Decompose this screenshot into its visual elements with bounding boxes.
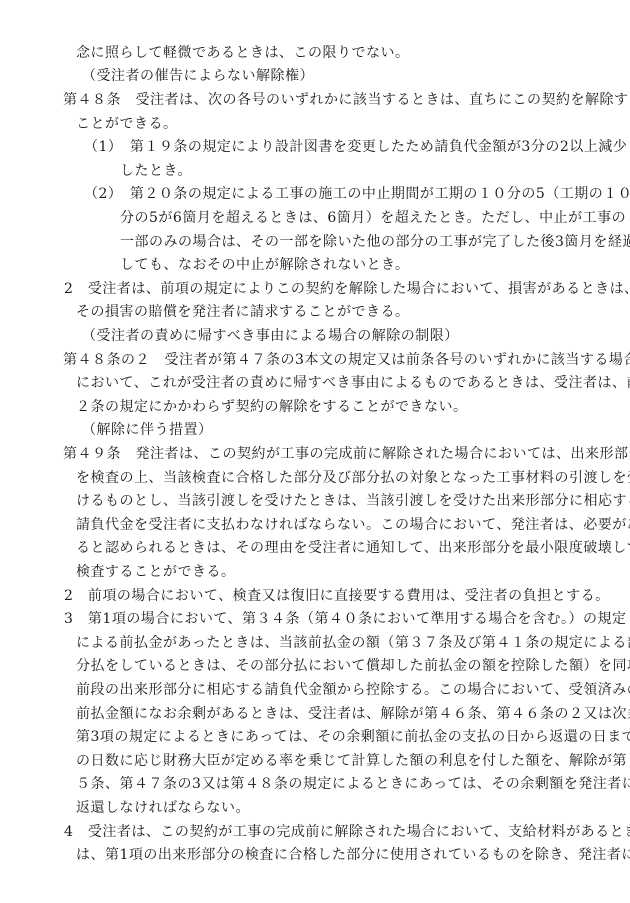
section-heading: （解除に伴う措置） [82, 419, 213, 441]
paragraph-2: 2 受注者は、前項の規定によりこの契約を解除した場合において、損害があるときは、 [64, 278, 630, 300]
section-heading: （受注者の催告によらない解除権） [82, 65, 314, 87]
article-48-2-start: 第４８条の２ 受注者が第４７条の3本文の規定又は前条各号のいずれかに該当する場合 [63, 349, 630, 371]
text-line: しても、なおその中止が解除されないとき。 [120, 254, 409, 276]
section-heading: （受注者の責めに帰すべき事由による場合の解除の制限） [82, 325, 459, 347]
paragraph-2: 2 前項の場合において、検査又は復旧に直接要する費用は、受注者の負担とする。 [64, 585, 610, 607]
text-line: の日数に応じ財務大臣が定める率を乗じて計算した額の利息を付した額を、解除が第４ [76, 750, 630, 772]
text-line: 請負代金を受注者に支払わなければならない。この場合において、発注者は、必要があ [76, 514, 630, 536]
text-line: 前段の出来形部分に相応する請負代金額から控除する。この場合において、受領済みの [76, 679, 630, 701]
item-1: （1） 第１９条の規定により設計図書を変更したため請負代金額が3分の2以上減少 [84, 136, 627, 158]
text-line: したとき。 [120, 160, 192, 182]
text-line: 一部のみの場合は、その一部を除いた他の部分の工事が完了した後3箇月を経過 [120, 231, 630, 253]
text-line: を検査の上、当該検査に合格した部分及び部分払の対象となった工事材料の引渡しを受 [76, 467, 630, 489]
text-line: その損害の賠償を発注者に請求することができる。 [76, 301, 410, 323]
paragraph-4: 4 受注者は、この契約が工事の完成前に解除された場合において、支給材料があるとき [64, 821, 630, 843]
text-line: ２条の規定にかかわらず契約の解除をすることができない。 [76, 396, 468, 418]
text-line: において、これが受注者の責めに帰すべき事由によるものであるときは、受注者は、前 [76, 372, 630, 394]
paragraph-3: 3 第1項の場合において、第３４条（第４０条において準用する場合を含む。）の規定 [64, 608, 627, 630]
text-line: 第3項の規定によるときにあっては、その余剰額に前払金の支払の日から返還の日まで [76, 726, 630, 748]
text-line: 返還しなければならない。 [76, 797, 250, 819]
text-line: 念に照らして軽微であるときは、この限りでない。 [76, 42, 410, 64]
text-line: ことができる。 [76, 113, 178, 135]
text-line: 検査することができる。 [76, 561, 236, 583]
text-line: は、第1項の出来形部分の検査に合格した部分に使用されているものを除き、発注者に [76, 844, 630, 866]
text-line: ると認められるときは、その理由を受注者に通知して、出来形部分を最小限度破壊して [76, 537, 630, 559]
text-line: による前払金があったときは、当該前払金の額（第３７条及び第４１条の規定による部 [76, 632, 630, 654]
text-line: ５条、第４７条の3又は第４８条の規定によるときにあっては、その余剰額を発注者に [76, 773, 630, 795]
item-2: （2） 第２０条の規定による工事の施工の中止期間が工期の１０分の5（工期の１０ [84, 183, 630, 205]
article-49-start: 第４９条 発注者は、この契約が工事の完成前に解除された場合においては、出来形部分 [63, 443, 630, 465]
text-line: 分の5が6箇月を超えるときは、6箇月）を超えたとき。ただし、中止が工事の [120, 207, 626, 229]
text-line: 前払金額になお余剰があるときは、受注者は、解除が第４６条、第４６条の２又は次条 [76, 703, 630, 725]
text-line: けるものとし、当該引渡しを受けたときは、当該引渡しを受けた出来形部分に相応する [76, 490, 630, 512]
article-48-start: 第４８条 受注者は、次の各号のいずれかに該当するときは、直ちにこの契約を解除する [63, 89, 630, 111]
text-line: 分払をしているときは、その部分払において償却した前払金の額を控除した額）を同項 [76, 655, 630, 677]
document-page: 念に照らして軽微であるときは、この限りでない。 （受注者の催告によらない解除権）… [0, 0, 630, 903]
